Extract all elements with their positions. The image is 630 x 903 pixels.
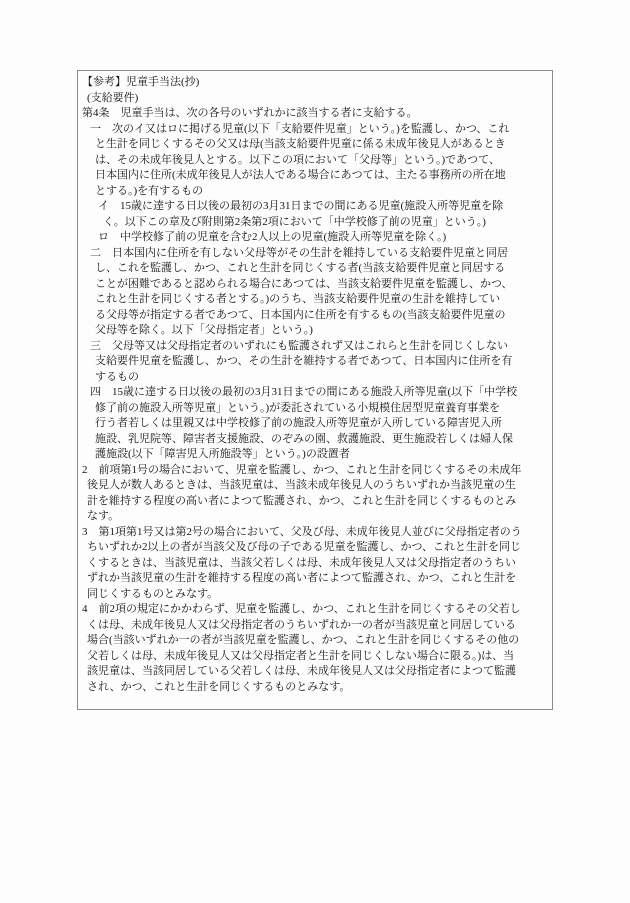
text-line: 該児童は、当該同居している父若しくは母、未成年後見人又は父母指定者によつて監護 (82, 664, 548, 680)
text-line: くは母、未成年後見人又は父母指定者のうちいずれか一の者が当該児童と同居している (82, 618, 548, 634)
text-line: ちいずれか2以上の者が当該父及び母の子である児童を監護し、かつ、これと生計を同じ (82, 540, 548, 556)
text-line: 施設、乳児院等、障害者支援施設、のぞみの園、救護施設、更生施設若しくは婦人保 (82, 432, 548, 448)
text-line: く。以下この章及び附則第2条第2項において「中学校修了前の児童」という。) (82, 215, 548, 231)
text-line: とする。)を有するもの (82, 184, 548, 200)
text-line: ことが困難であると認められる場合にあつては、当該支給要件児童を監護し、かつ、 (82, 277, 548, 293)
text-line: 父若しくは母、未成年後見人又は父母指定者と生計を同じくしない場合に限る。)は、当 (82, 649, 548, 665)
text-line: イ 15歳に達する日以後の最初の3月31日までの間にある児童(施設入所等児童を除 (82, 199, 548, 215)
text-line: 2 前項第1号の場合において、児童を監護し、かつ、これと生計を同じくするその未成… (82, 463, 548, 479)
text-line: するもの (82, 370, 548, 386)
text-line: 3 第1項第1号又は第2号の場合において、父及び母、未成年後見人並びに父母指定者… (82, 525, 548, 541)
text-line: され、かつ、これと生計を同じくするものとみなす。 (82, 680, 548, 696)
text-line: 一 次のイ又はロに掲げる児童(以下「支給要件児童」という。)を監護し、かつ、これ (82, 122, 548, 138)
text-line: 同じくするものとみなす。 (82, 587, 548, 603)
reference-law-box: 【参考】児童手当法(抄)(支給要件)第4条 児童手当は、次の各号のいずれかに該当… (77, 70, 553, 710)
text-line: なす。 (82, 509, 548, 525)
text-line: 修了前の施設入所等児童」という。)が委託されている小規模住居型児童養育事業を (82, 401, 548, 417)
text-line: くするときは、当該児童は、当該父若しくは母、未成年後見人又は父母指定者のうちい (82, 556, 548, 572)
text-line: 二 日本国内に住所を有しない父母等がその生計を維持している支給要件児童と同居 (82, 246, 548, 262)
text-line: 四 15歳に達する日以後の最初の3月31日までの間にある施設入所等児童(以下「中… (82, 385, 548, 401)
text-line: 後見人が数人あるときは、当該児童は、当該未成年後見人のうちいずれか当該児童の生 (82, 478, 548, 494)
text-line: と生計を同じくするその父又は母(当該支給要件児童に係る未成年後見人があるとき (82, 137, 548, 153)
text-line: 4 前2項の規定にかかわらず、児童を監護し、かつ、これと生計を同じくするその父若… (82, 602, 548, 618)
text-line: 計を維持する程度の高い者によつて監護され、かつ、これと生計を同じくするものとみ (82, 494, 548, 510)
text-line: 日本国内に住所(未成年後見人が法人である場合にあつては、主たる事務所の所在地 (82, 168, 548, 184)
text-line: ロ 中学校修了前の児童を含む2人以上の児童(施設入所等児童を除く。) (82, 230, 548, 246)
text-line: これと生計を同じくする者とする。)のうち、当該支給要件児童の生計を維持してい (82, 292, 548, 308)
text-line: 行う者若しくは里親又は中学校修了前の施設入所等児童が入所している障害児入所 (82, 416, 548, 432)
text-line: 護施設(以下「障害児入所施設等」という。)の設置者 (82, 447, 548, 463)
text-line: は、その未成年後見人とする。以下この項において「父母等」という。)であつて、 (82, 153, 548, 169)
text-line: 三 父母等又は父母指定者のいずれにも監護されず又はこれらと生計を同じくしない (82, 339, 548, 355)
text-line: 場合(当該いずれか一の者が当該児童を監護し、かつ、これと生計を同じくするその他の (82, 633, 548, 649)
page-background: { "page": { "background_color": "#fdfdfd… (0, 0, 630, 903)
text-line: ずれか当該児童の生計を維持する程度の高い者によつて監護され、かつ、これと生計を (82, 571, 548, 587)
text-line: し、これを監護し、かつ、これと生計を同じくする者(当該支給要件児童と同居する (82, 261, 548, 277)
document-lines: 【参考】児童手当法(抄)(支給要件)第4条 児童手当は、次の各号のいずれかに該当… (82, 75, 548, 695)
text-line: 【参考】児童手当法(抄) (82, 75, 548, 91)
text-line: 支給要件児童を監護し、かつ、その生計を維持する者であつて、日本国内に住所を有 (82, 354, 548, 370)
text-line: る父母等が指定する者であつて、日本国内に住所を有するもの(当該支給要件児童の (82, 308, 548, 324)
text-line: 父母等を除く。以下「父母指定者」という。) (82, 323, 548, 339)
text-line: 第4条 児童手当は、次の各号のいずれかに該当する者に支給する。 (82, 106, 548, 122)
text-line: (支給要件) (82, 91, 548, 107)
